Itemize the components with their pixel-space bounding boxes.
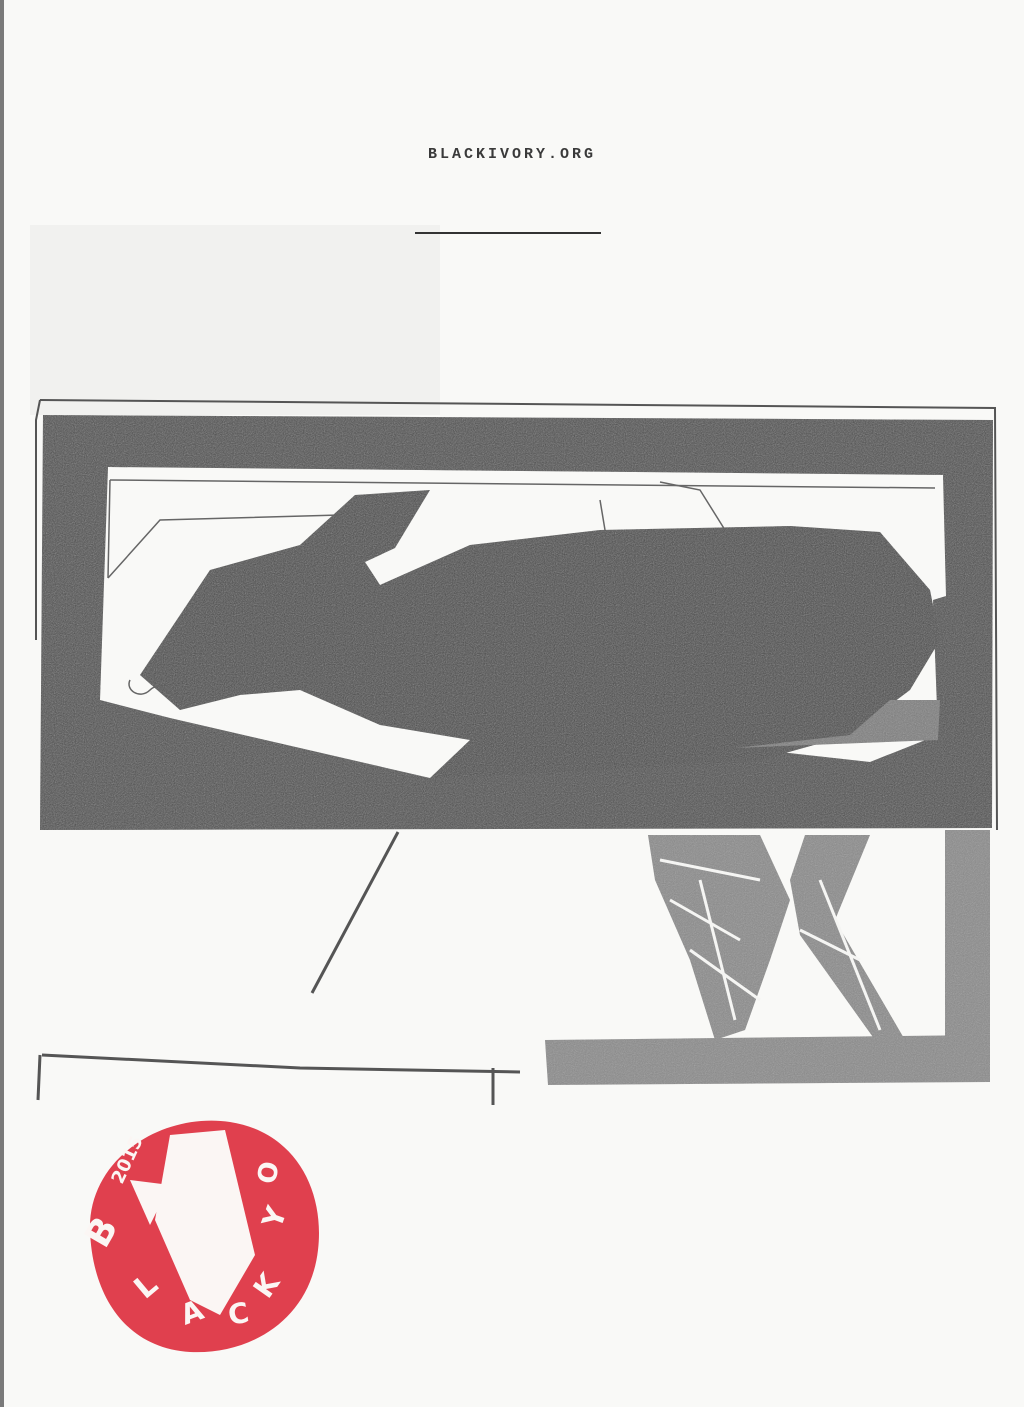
pencil-lines: [38, 832, 520, 1105]
grey-lower-block: [545, 830, 990, 1085]
red-stamp: B L A C K Y O 2015: [77, 1121, 319, 1352]
whale-shape: [140, 490, 940, 778]
print-artwork: B L A C K Y O 2015: [0, 0, 1024, 1407]
